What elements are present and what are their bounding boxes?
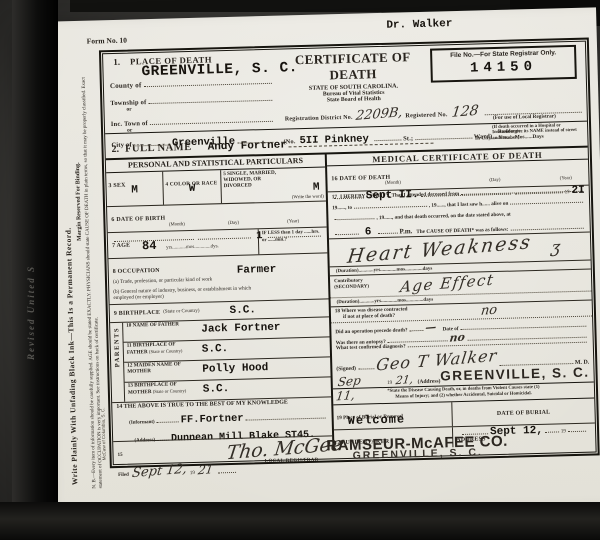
- dotted-leader: [237, 130, 274, 144]
- parents-label-text: PARENTS: [113, 327, 121, 368]
- father-birthplace-value: S.C.: [202, 343, 229, 356]
- medical-column: MEDICAL CERTIFICATE OF DEATH 16 DATE OF …: [327, 148, 596, 451]
- county-value: GREENVILLE, S. C.: [141, 60, 298, 80]
- sex-race-marital-row: 3 SEX M 4 COLOR OR RACE W 5 SINGLE, MARR…: [106, 167, 326, 207]
- occupation-a-value: Farmer: [237, 264, 277, 277]
- age-units: yrs...........mos.............dys.: [166, 244, 219, 250]
- mother-label: MAIDEN NAME OF MOTHER: [127, 361, 181, 374]
- dotted-leader: [510, 225, 584, 231]
- title-block: CERTIFICATE OF DEATH STATE OF SOUTH CARO…: [277, 48, 429, 105]
- dotted-leader: [510, 199, 583, 205]
- marital-number: 5: [223, 171, 226, 177]
- dod-label: DATE OF DEATH: [339, 175, 390, 182]
- birthplace-sub-label: (State or Country): [163, 309, 200, 315]
- dotted-leader: [245, 406, 325, 421]
- columns-section: PERSONAL AND STATISTICAL PARTICULARS 3 S…: [106, 148, 596, 457]
- dotted-leader: [334, 215, 374, 220]
- form-number: Form No. 10: [87, 36, 127, 46]
- mother-bp-sub: (State or Country): [153, 388, 187, 394]
- filed-year-prefix: 19: [190, 471, 195, 476]
- contributory-value: Age Effect: [399, 270, 496, 296]
- informant-label: (Informant): [117, 420, 155, 426]
- dotted-leader: [156, 409, 178, 422]
- age-label: AGE: [117, 243, 131, 249]
- dob-number: 6: [111, 217, 114, 223]
- occupation-label: OCCUPATION: [118, 268, 160, 275]
- dotted-leader: [267, 224, 321, 238]
- q18-label-2: if not at place of death?: [343, 313, 395, 320]
- occupation-b-label: (b) General nature of industry, business…: [113, 285, 263, 302]
- file-number-box: File No.—For State Registrar Only. 14150: [430, 45, 577, 83]
- date-of-death-row: 16 DATE OF DEATH Sept II. 19 2I (Month): [327, 160, 589, 193]
- dod-year-prefix: 19: [565, 190, 570, 195]
- certify-line2b: , 19......, that I last saw h...... aliv…: [429, 201, 509, 209]
- dod-year-value: 2I: [571, 185, 585, 197]
- dotted-leader: [354, 203, 427, 209]
- filed-number: 15: [117, 453, 122, 458]
- sign-date-value: Sep 11,: [335, 372, 379, 404]
- header-section: 1. PLACE OF DEATH GREENVILLE, S. C. Coun…: [103, 42, 587, 135]
- local-registrar-use-note: (For use of Local Registrar): [493, 113, 556, 121]
- certificate-form-inner-border: 1. PLACE OF DEATH GREENVILLE, S. C. Coun…: [102, 41, 597, 466]
- occupation-number: 8: [113, 269, 116, 275]
- dotted-leader: [420, 182, 510, 197]
- city-label: City of: [111, 141, 132, 149]
- burial-date-label: DATE OF BURIAL: [497, 410, 551, 417]
- cause-flourish: ʒ: [550, 237, 562, 257]
- spine-text: Revised United S: [26, 60, 36, 360]
- father-bp-number: 11: [127, 343, 132, 349]
- registered-no-label: Registered No.: [405, 111, 447, 119]
- scan-bottom-shadow: [0, 502, 600, 540]
- father-name-value: Jack Fortner: [201, 322, 281, 336]
- certificate-paper: Form No. 10 Dr. Walker Write Plainly Wit…: [30, 7, 600, 518]
- doctor-annotation: Dr. Walker: [386, 18, 452, 32]
- q18-value: no: [480, 303, 498, 319]
- informant-value: FF.Fortner: [180, 412, 243, 426]
- mother-name-value: Polly Hood: [202, 362, 268, 376]
- dob-label: DATE OF BIRTH: [116, 216, 165, 223]
- mother-bp-number: 13: [128, 383, 133, 389]
- county-label: County of: [110, 81, 142, 90]
- birthplace-label: BIRTHPLACE: [119, 309, 161, 316]
- file-number-value: 14150: [434, 58, 572, 78]
- dod-month-label: (Month): [385, 181, 401, 186]
- dotted-leader: [335, 231, 359, 236]
- dod-day-label: (Day): [489, 178, 500, 183]
- father-number: 10: [126, 323, 131, 329]
- sex-cell: 3 SEX M: [106, 172, 163, 206]
- filed-date-value: Sept 12,: [131, 461, 188, 481]
- parents-section: PARENTS 10 NAME OF FATHER Jack Fortner 1…: [110, 317, 331, 403]
- mother-birthplace-value: S.C.: [203, 383, 230, 396]
- q18-number: 18: [335, 308, 340, 314]
- age-number: 7: [112, 243, 115, 249]
- death-hour-value: 6: [365, 226, 372, 238]
- age-cell: 7 AGE 84 yrs...........mos.............d…: [108, 229, 259, 258]
- dotted-leader: [149, 109, 272, 125]
- sign-year-value: 21,: [395, 372, 414, 387]
- write-the-word-note: (Write the word): [292, 195, 324, 201]
- dod-number: 16: [331, 176, 338, 182]
- reg-district-value: 2209B,: [355, 105, 404, 124]
- date-of-birth-row: 6 DATE OF BIRTH 1 (Month) (Day) (Year): [107, 201, 327, 233]
- dob-month-label: (Month): [169, 222, 185, 227]
- race-cell: 4 COLOR OR RACE W: [162, 170, 221, 205]
- dotted-leader: [377, 230, 397, 235]
- informant-section: 14 THE ABOVE IS TRUE TO THE BEST OF MY K…: [112, 397, 332, 441]
- filed-label: Filed: [118, 473, 129, 478]
- book-spine: Revised United S: [12, 0, 58, 514]
- marital-cell: 5 SINGLE, MARRIED, WIDOWED, OR DIVORCED …: [220, 167, 326, 203]
- dotted-leader: [157, 427, 169, 440]
- place-of-death-block: 1. PLACE OF DEATH GREENVILLE, S. C. Coun…: [103, 50, 277, 133]
- sex-value: M: [106, 184, 162, 197]
- scanned-document-view: Form No. 10 Dr. Walker Write Plainly Wit…: [0, 0, 600, 540]
- dob-day-label: (Day): [228, 221, 239, 226]
- operation-value: —: [425, 320, 438, 334]
- father-label: NAME OF FATHER: [133, 321, 179, 328]
- autopsy-value: no: [449, 330, 466, 344]
- filed-year-value: 21: [197, 462, 214, 477]
- dod-year-label: (Year): [560, 176, 572, 181]
- dotted-leader: [133, 132, 170, 146]
- sign-year-prefix: 19: [387, 381, 392, 386]
- race-value: W: [163, 182, 220, 195]
- certificate-form: 1. PLACE OF DEATH GREENVILLE, S. C. Coun…: [99, 38, 600, 469]
- birthplace-number: 9: [114, 310, 117, 316]
- occupation-row: 8 OCCUPATION (a) Trade, profession, or p…: [108, 253, 328, 305]
- registered-no-value: 128: [450, 102, 479, 120]
- reg-district-label: Registration District No.: [285, 115, 353, 123]
- personal-column: PERSONAL AND STATISTICAL PARTICULARS 3 S…: [106, 154, 335, 456]
- sign-address-label: (Address): [418, 378, 441, 385]
- dod-value: Sept II.: [366, 189, 419, 202]
- undertaker-city-stamp: GREENVILLE, S. C.: [352, 446, 483, 461]
- dashed-leader: [289, 131, 434, 148]
- dotted-leader: [334, 186, 364, 200]
- certify-line2a: 19......, to: [332, 205, 352, 212]
- birthplace-value: S.C.: [229, 304, 256, 317]
- burial-place-cell: 19 Place of Burial or Removal Welcome: [333, 402, 452, 429]
- item-1-number: 1.: [113, 57, 120, 67]
- dotted-leader: [514, 180, 562, 194]
- filed-row: 15 Filed Sept 12, 19 21 Tho. McGee LOCAL…: [113, 435, 333, 471]
- dotted-leader: [148, 88, 272, 104]
- residence-block: Residence In City......Yrs......Mos.....…: [435, 127, 583, 143]
- truth-number: 14: [116, 404, 122, 410]
- occupation-a-label: (a) Trade, profession, or particular kin…: [113, 276, 231, 286]
- burial-number: 19: [337, 415, 342, 421]
- dob-year-label: (Year): [287, 219, 299, 224]
- dotted-leader: [484, 100, 582, 115]
- father-bp-sub: (State or Country): [149, 348, 183, 354]
- dotted-leader: [410, 326, 424, 331]
- age-value: 84: [142, 239, 157, 253]
- certificate-title: CERTIFICATE OF DEATH: [277, 49, 429, 85]
- dotted-leader: [499, 351, 573, 366]
- dotted-leader: [358, 356, 374, 369]
- secondary-label: (SECONDARY): [334, 284, 369, 291]
- address-city-stamp: GREENVILLE, S. C.: [440, 364, 590, 383]
- signed-label: (Signed): [336, 366, 356, 373]
- city-value: Greenville: [172, 136, 235, 150]
- header-right-block: CERTIFICATE OF DEATH STATE OF SOUTH CARO…: [275, 42, 587, 129]
- burial-place-value: Welcome: [348, 412, 406, 427]
- pm-label: P.m.: [399, 227, 412, 235]
- test-label: What test confirmed diagnosis?: [336, 343, 406, 351]
